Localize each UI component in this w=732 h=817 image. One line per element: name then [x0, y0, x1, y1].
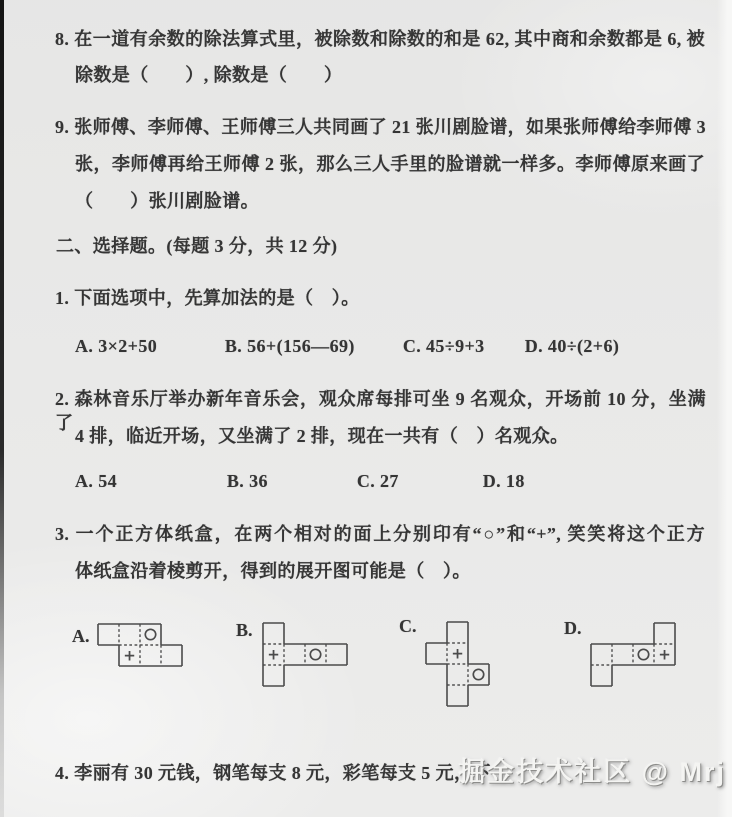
question-8-line-1: 8. 在一道有余数的除法算式里，被除数和除数的和是 62, 其中商和余数都是 6…	[55, 27, 705, 51]
question-9-line-1: 9. 张师傅、李师傅、王师傅三人共同画了 21 张川剧脸谱，如果张师傅给李师傅 …	[55, 115, 706, 139]
watermark: 掘金技术社区 @ Mrj	[458, 750, 726, 789]
q1-option-a: A. 3×2+50	[75, 336, 220, 357]
plus-symbol: +	[658, 646, 671, 664]
net-a-label: A.	[72, 626, 90, 647]
scan-left-edge-shadow	[0, 0, 4, 817]
scan-right-edge-highlight	[717, 0, 732, 817]
q1-option-c: C. 45÷9+3	[403, 336, 520, 357]
plus-symbol: +	[267, 646, 280, 664]
net-c-label: C.	[399, 616, 417, 637]
cube-net-b-figure: +	[261, 621, 349, 693]
cube-net-c-figure: +	[424, 620, 491, 713]
q1-option-d: D. 40÷(2+6)	[525, 336, 620, 357]
q2-option-d: D. 18	[483, 471, 525, 492]
question-1-options: A. 3×2+50 B. 56+(156—69) C. 45÷9+3 D. 40…	[75, 336, 619, 357]
question-8-line-2: 除数是（ ）, 除数是（ ）	[75, 63, 342, 87]
question-2-line-2: 4 排，临近开场，又坐满了 2 排，现在一共有（ ）名观众。	[75, 424, 569, 448]
plus-symbol: +	[451, 645, 464, 663]
question-3-line-2: 体纸盒沿着棱剪开，得到的展开图可能是（ ）。	[75, 559, 471, 583]
q2-option-c: C. 27	[357, 471, 478, 492]
net-b-label: B.	[236, 620, 253, 641]
question-1-text: 1. 下面选项中，先算加法的是（ ）。	[55, 286, 360, 310]
cube-net-a-figure: +	[96, 622, 184, 673]
plus-symbol: +	[123, 647, 136, 665]
q2-option-a: A. 54	[75, 471, 222, 492]
circle-symbol	[145, 629, 155, 639]
question-4-text: 4. 李丽有 30 元钱，钢笔每支 8 元，彩笔每支 5 元，下	[55, 761, 491, 785]
q1-option-b: B. 56+(156—69)	[225, 336, 398, 357]
q2-option-b: B. 36	[227, 471, 352, 492]
scanned-exam-page: { "exam": { "q8": { "lines": [ "8. 在一道有余…	[0, 0, 732, 817]
question-9-line-3: （ ）张川剧脸谱。	[75, 189, 259, 213]
circle-symbol	[638, 649, 648, 659]
circle-symbol	[473, 669, 483, 679]
net-d-label: D.	[564, 618, 582, 639]
question-3-line-1: 3. 一个正方体纸盒，在两个相对的面上分别印有“○”和“+”, 笑笑将这个正方	[55, 522, 705, 546]
circle-symbol	[310, 649, 320, 659]
question-2-options: A. 54 B. 36 C. 27 D. 18	[75, 471, 525, 492]
section-2-title: 二、选择题。(每题 3 分，共 12 分)	[56, 234, 337, 258]
cube-net-d-figure: +	[589, 621, 677, 693]
question-9-line-2: 张，李师傅再给王师傅 2 张，那么三人手里的脸谱就一样多。李师傅原来画了	[75, 152, 705, 176]
